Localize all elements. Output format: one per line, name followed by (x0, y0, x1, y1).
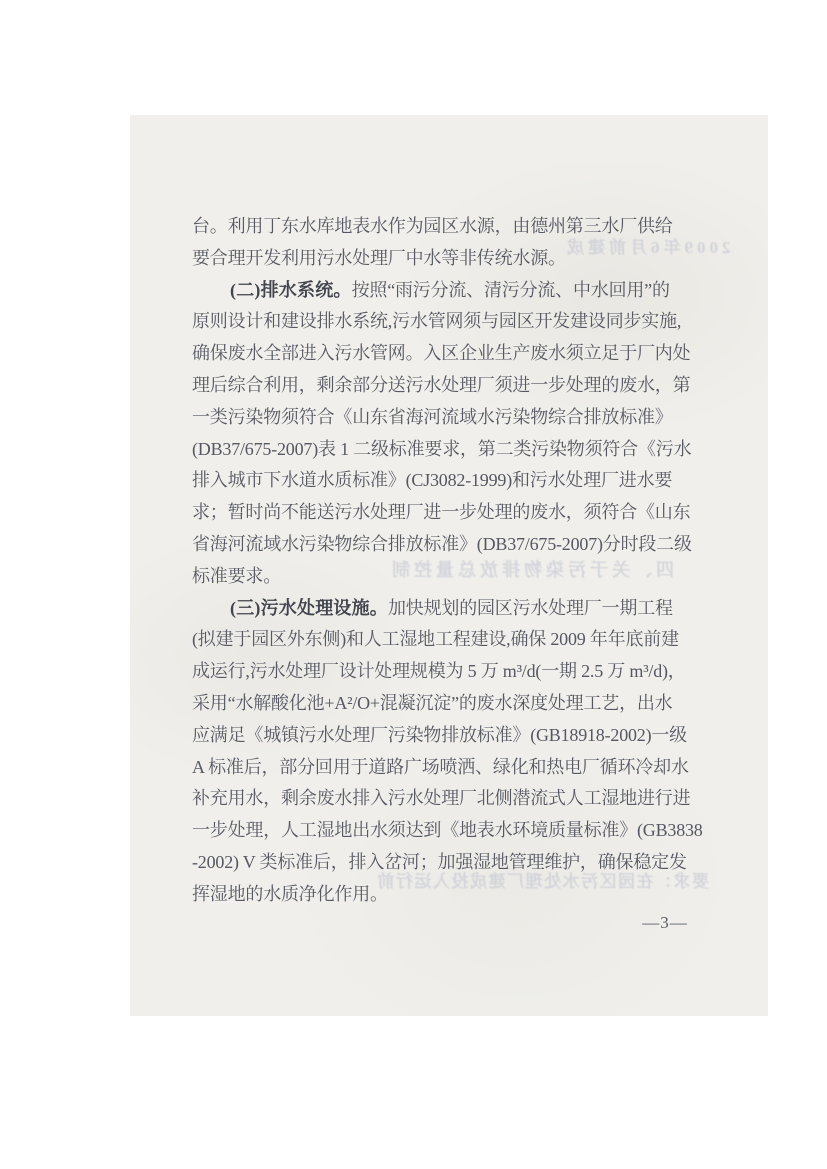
text-line: 按照“雨污分流、清污分流、中水回用”的 (352, 280, 670, 300)
text-line: 原则设计和建设排水系统,污水管网须与园区开发建设同步实施, (192, 306, 696, 338)
text-line: 一类污染物须符合《山东省海河流域水污染物综合排放标准》 (192, 402, 696, 434)
text-line: 要合理开发利用污水处理厂中水等非传统水源。 (192, 243, 696, 275)
text-line: 台。利用丁东水库地表水作为园区水源，由德州第三水厂供给 (192, 211, 696, 243)
section-heading-label: (二)排水系统。 (230, 280, 352, 300)
text-line: 补充用水，剩余废水排入污水处理厂北侧潜流式人工湿地进行进 (192, 783, 696, 815)
text-line: 确保废水全部进入污水管网。入区企业生产废水须立足于厂内处 (192, 338, 696, 370)
text-line: 标准要求。 (192, 561, 696, 593)
text-line: 求；暂时尚不能送污水处理厂进一步处理的废水，须符合《山东 (192, 497, 696, 529)
text-line: (DB37/675-2007)表 1 二级标准要求，第二类污染物须符合《污水 (192, 434, 696, 466)
text-line: 挥湿地的水质净化作用。 (192, 879, 696, 911)
section-heading-drainage: (二)排水系统。按照“雨污分流、清污分流、中水回用”的 (192, 275, 696, 307)
text-line: 成运行,污水处理厂设计处理规模为 5 万 m³/d(一期 2.5 万 m³/d)… (192, 656, 696, 688)
text-line: (拟建于园区外东侧)和人工湿地工程建设,确保 2009 年年底前建 (192, 624, 696, 656)
text-line: 一步处理，人工湿地出水须达到《地表水环境质量标准》(GB3838 (192, 815, 696, 847)
text-line: 采用“水解酸化池+A²/O+混凝沉淀”的废水深度处理工艺，出水 (192, 688, 696, 720)
section-heading-sewage-facility: (三)污水处理设施。加快规划的园区污水处理厂一期工程 (192, 593, 696, 625)
text-line: 加快规划的园区污水处理厂一期工程 (388, 598, 673, 618)
paper-page: 2009年6月前建成 四、关于污染物排放总量控制 要求：在园区污水处理厂建成投入… (130, 115, 768, 1016)
text-line: 应满足《城镇污水处理厂污染物排放标准》(GB18918-2002)一级 (192, 720, 696, 752)
text-line: 省海河流域水污染物综合排放标准》(DB37/675-2007)分时段二级 (192, 529, 696, 561)
text-line: A 标准后，部分回用于道路广场喷洒、绿化和热电厂循环冷却水 (192, 752, 696, 784)
scanned-document: 2009年6月前建成 四、关于污染物排放总量控制 要求：在园区污水处理厂建成投入… (0, 0, 827, 1169)
section-heading-label: (三)污水处理设施。 (230, 598, 388, 618)
body-text: 台。利用丁东水库地表水作为园区水源，由德州第三水厂供给 要合理开发利用污水处理厂… (192, 211, 696, 911)
text-line: -2002) V 类标准后，排入岔河；加强湿地管理维护，确保稳定发 (192, 847, 696, 879)
page-number: —3— (610, 913, 720, 933)
text-line: 排入城市下水道水质标准》(CJ3082-1999)和污水处理厂进水要 (192, 465, 696, 497)
text-line: 理后综合利用，剩余部分送污水处理厂须进一步处理的废水，第 (192, 370, 696, 402)
